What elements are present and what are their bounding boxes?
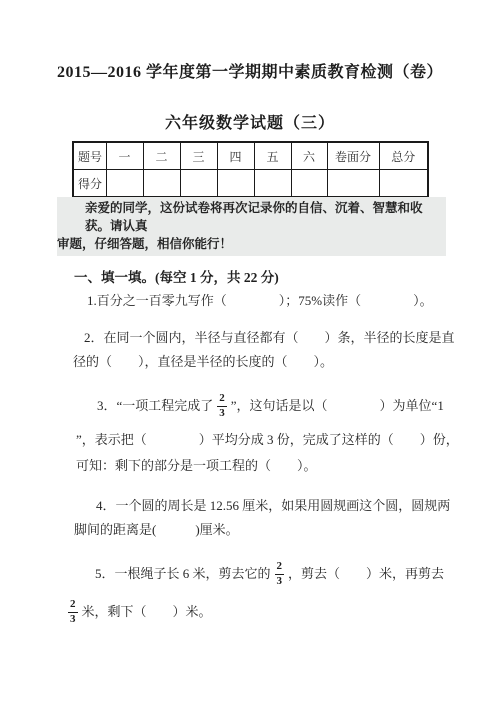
score-cell <box>291 170 327 198</box>
question-5-line-2-text: 米，剩下（ ）米。 <box>82 604 212 620</box>
question-3-line-1: 3．“一项工程完成了 2 3 ”，这句话是以（ ）为单位“1 <box>97 392 444 420</box>
score-table-header-5: 五 <box>254 142 291 170</box>
fraction-denominator: 3 <box>277 575 283 588</box>
score-table-header-row: 题号 一 二 三 四 五 六 卷面分 总分 <box>73 142 428 170</box>
score-table-header-2: 二 <box>143 142 180 170</box>
score-table-header-3: 三 <box>180 142 217 170</box>
fraction-numerator: 2 <box>217 393 227 407</box>
score-table-header-4: 四 <box>217 142 254 170</box>
question-5-text-pre: 5．一根绳子长 6 米，剪去它的 <box>95 566 271 582</box>
question-3-text-pre: 3．“一项工程完成了 <box>97 398 213 414</box>
score-table-header-paper-score: 卷面分 <box>327 142 379 170</box>
question-3-line-3: 可知：剩下的部分是一项工程的（ ）。 <box>76 458 317 474</box>
score-table-header-1: 一 <box>106 142 143 170</box>
fraction-numerator: 2 <box>275 561 285 575</box>
question-2-line-2: 径的（ ），直径是半径的长度的（ ）。 <box>73 354 333 370</box>
question-3-line-2: ”，表示把（ ）平均分成 3 份，完成了这样的（ ）份， <box>76 432 459 448</box>
score-cell <box>254 170 291 198</box>
score-cell <box>327 170 379 198</box>
question-5-text-post: ，剪去（ ）米，再剪去 <box>288 566 444 582</box>
score-table-score-row: 得分 <box>73 170 428 198</box>
score-row-label: 得分 <box>73 170 106 198</box>
score-cell <box>379 170 428 198</box>
paper-title: 2015—2016 学年度第一学期期中素质教育检测（卷） <box>0 59 500 82</box>
fraction-denominator: 3 <box>70 613 76 626</box>
notice-line-1: 亲爱的同学，这份试卷将再次记录你的自信、沉着、智慧和收获。请认真 <box>57 199 446 235</box>
question-5-line-1: 5．一根绳子长 6 米，剪去它的 2 3 ，剪去（ ）米，再剪去 <box>95 560 444 588</box>
fraction-numerator: 2 <box>68 599 78 613</box>
question-4-line-2: 脚间的距离是( )厘米。 <box>74 522 239 538</box>
question-4-line-1: 4．一个圆的周长是 12.56 厘米，如果用圆规画这个圆，圆规两 <box>96 498 450 514</box>
score-cell <box>106 170 143 198</box>
exam-paper-page: 2015—2016 学年度第一学期期中素质教育检测（卷） 六年级数学试题（三） … <box>0 0 500 707</box>
fraction-two-thirds: 2 3 <box>217 393 227 419</box>
score-table: 题号 一 二 三 四 五 六 卷面分 总分 得分 <box>72 141 429 198</box>
score-table-header-6: 六 <box>291 142 327 170</box>
question-1: 1.百分之一百零九写作（ ）；75%读作（ ）。 <box>87 293 433 309</box>
section-1-heading: 一、填一填。(每空 1 分，共 22 分) <box>74 270 279 286</box>
notice-line-2: 审题，仔细答题，相信你能行！ <box>57 235 446 253</box>
fraction-denominator: 3 <box>219 407 225 420</box>
score-cell <box>180 170 217 198</box>
score-table-header-total-score: 总分 <box>379 142 428 170</box>
fraction-two-thirds: 2 3 <box>275 561 285 587</box>
fraction-two-thirds: 2 3 <box>68 599 78 625</box>
question-5-line-2: 2 3 米，剩下（ ）米。 <box>64 598 212 626</box>
score-table-header-question-no: 题号 <box>73 142 106 170</box>
score-cell <box>217 170 254 198</box>
question-3-text-post: ”，这句话是以（ ）为单位“1 <box>231 398 444 414</box>
notice-banner: 亲爱的同学，这份试卷将再次记录你的自信、沉着、智慧和收获。请认真 审题，仔细答题… <box>57 197 446 256</box>
score-cell <box>143 170 180 198</box>
question-2-line-1: 2．在同一个圆内，半径与直径都有（ ）条，半径的长度是直 <box>84 330 455 346</box>
paper-subtitle: 六年级数学试题（三） <box>0 110 500 133</box>
